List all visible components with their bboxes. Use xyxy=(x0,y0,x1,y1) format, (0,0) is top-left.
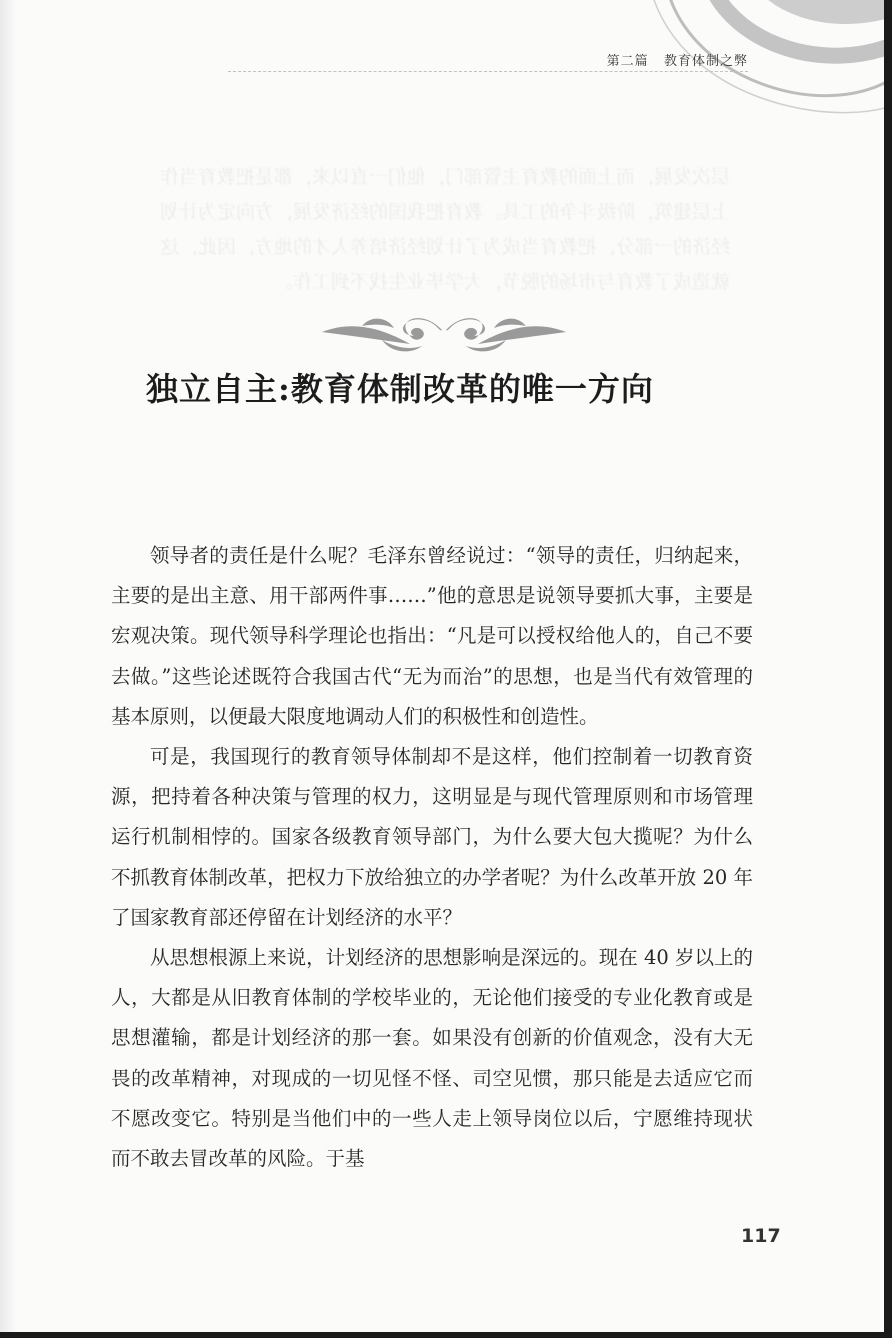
page-number: 117 xyxy=(741,1225,781,1247)
header-section-title: 第二篇 教育体制之弊 xyxy=(607,50,748,69)
running-header: 第二篇 教育体制之弊 xyxy=(228,44,748,74)
title-ornament-icon xyxy=(322,310,566,360)
body-paragraph: 从思想根源上来说，计划经济的思想影响是深远的。现在 40 岁以上的人，大都是从旧… xyxy=(111,938,753,1179)
binding-shadow xyxy=(0,0,16,1332)
body-paragraph: 领导者的责任是什么呢？毛泽东曾经说过：“领导的责任，归纳起来，主要的是出主意、用… xyxy=(111,536,753,737)
bleed-through-text: 层次发展，而上面的教育主管部门，他们一直以来，都是把教育当作上层建筑，阶级斗争的… xyxy=(150,160,730,300)
article-body: 领导者的责任是什么呢？毛泽东曾经说过：“领导的责任，归纳起来，主要的是出主意、用… xyxy=(111,536,753,1179)
article-title: 独立自主:教育体制改革的唯一方向 xyxy=(146,364,746,410)
header-divider xyxy=(228,71,748,72)
body-paragraph: 可是，我国现行的教育领导体制却不是这样，他们控制着一切教育资源，把持着各种决策与… xyxy=(111,737,753,938)
book-page: 第二篇 教育体制之弊 层次发展，而上面的教育主管部门，他们一直以来，都是把教育当… xyxy=(0,0,884,1332)
